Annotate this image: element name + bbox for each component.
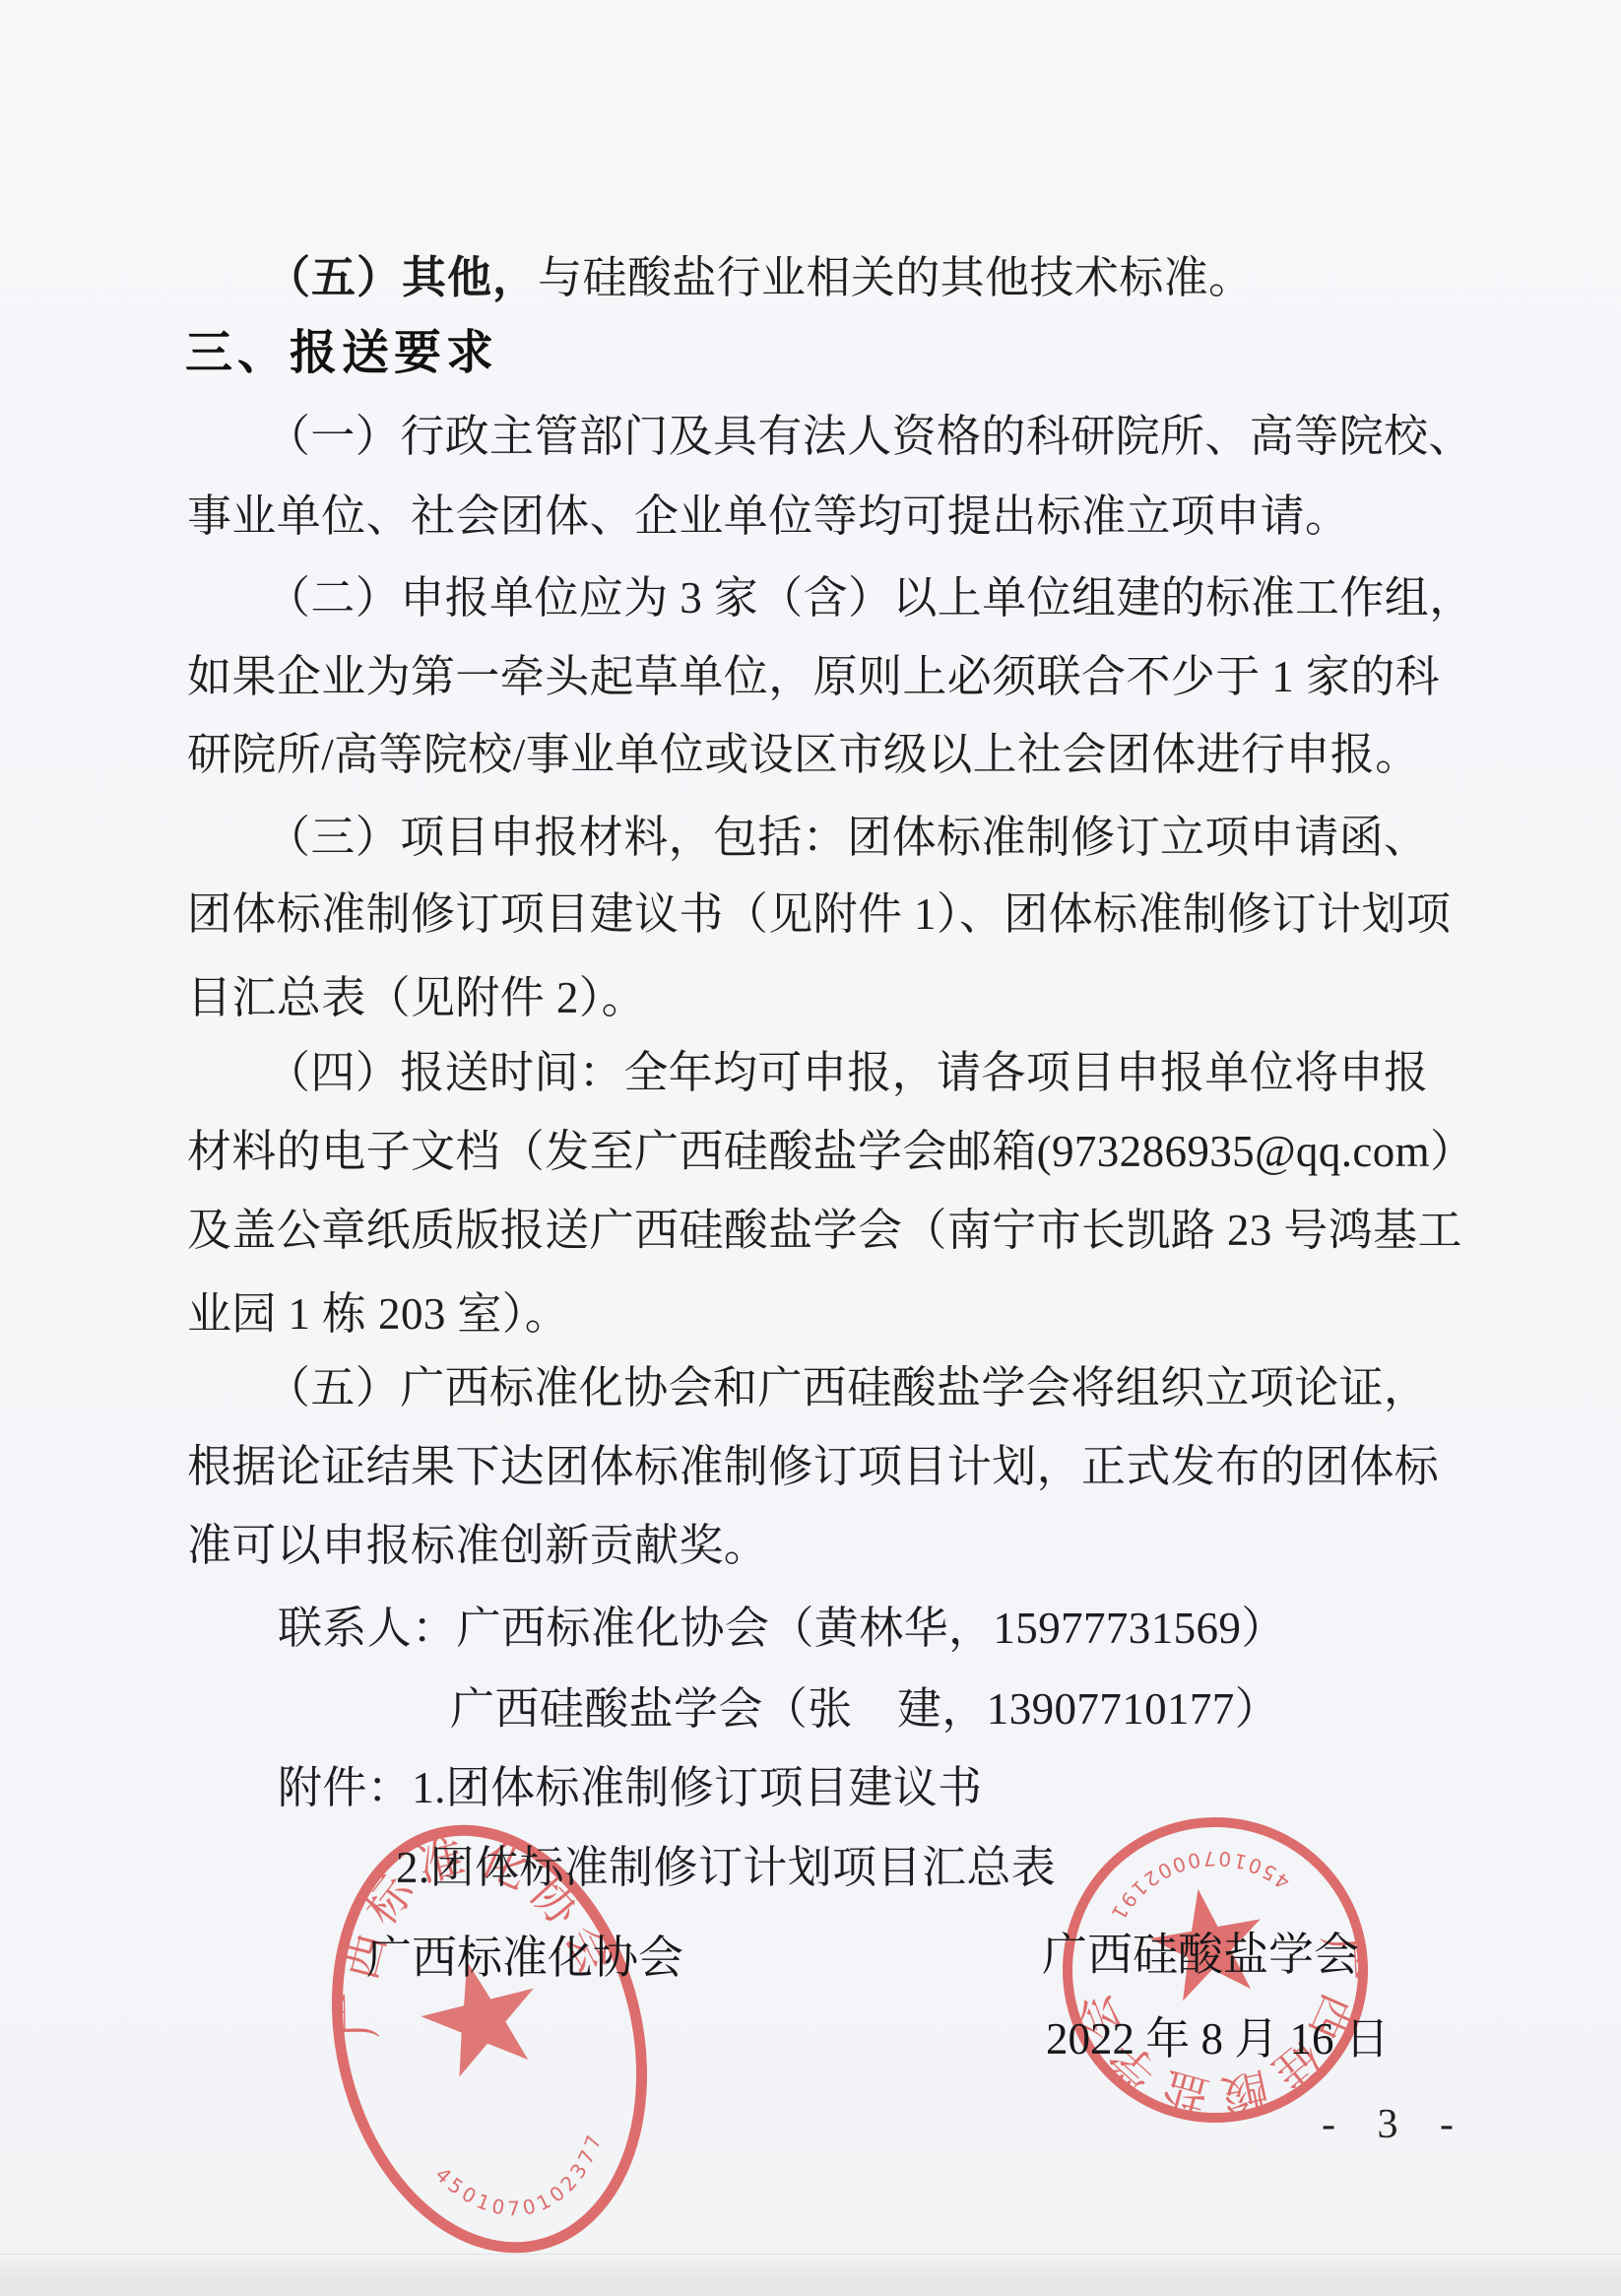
list-item-label: （五）其他， xyxy=(266,251,538,303)
doc-line: 事业单位、社会团体、企业单位等均可提出标准立项申请。 xyxy=(187,493,1349,540)
doc-line: （五）其他，与硅酸盐行业相关的其他技术标准。 xyxy=(187,254,1253,301)
doc-line: 研院所/高等院校/事业单位或设区市级以上社会团体进行申报。 xyxy=(187,732,1420,778)
stamp-serial: 4501070102377 xyxy=(427,2124,622,2240)
scan-edge-shadow xyxy=(0,2251,1621,2296)
doc-line: （一）行政主管部门及具有法人资格的科研院所、高等院校、 xyxy=(187,414,1473,460)
doc-line-text: 与硅酸盐行业相关的其他技术标准。 xyxy=(538,253,1253,302)
doc-line: 业园 1 栋 203 室）。 xyxy=(187,1291,569,1338)
section-heading: 三、报送要求 xyxy=(185,328,498,377)
attachment-line: 2.团体标准制修订计划项目汇总表 xyxy=(396,1845,1056,1891)
contact-line: 广西硅酸盐学会（张 建，13907710177） xyxy=(450,1686,1279,1733)
signature-date: 2022 年 8 月 16 日 xyxy=(1046,2002,1390,2066)
signature-right-org: 广西硅酸盐学会 xyxy=(1042,1919,1359,1984)
doc-line: （二）申报单位应为 3 家（含）以上单位组建的标准工作组， xyxy=(187,575,1474,622)
doc-line: 如果企业为第一牵头起草单位，原则上必须联合不少于 1 家的科 xyxy=(187,654,1440,700)
doc-line: （三）项目申报材料，包括：团体标准制修订立项申请函、 xyxy=(187,815,1428,861)
signature-left-org: 广西标准化协会 xyxy=(366,1922,683,1987)
doc-line: （四）报送时间：全年均可申报，请各项目申报单位将申报 xyxy=(187,1050,1428,1096)
scanned-document-page: 广西标准化协会 4501070102377 广西硅酸盐学会 4501070002… xyxy=(0,0,1621,2296)
doc-line: 目汇总表（见附件 2）。 xyxy=(187,975,646,1021)
doc-line: 根据论证结果下达团体标准制修订项目计划，正式发布的团体标 xyxy=(187,1444,1439,1490)
doc-line: （五）广西标准化协会和广西硅酸盐学会将组织立项论证， xyxy=(187,1365,1428,1411)
doc-line: 及盖公章纸质版报送广西硅酸盐学会（南宁市长凯路 23 号鸿基工 xyxy=(187,1208,1462,1254)
doc-line: 准可以申报标准创新贡献奖。 xyxy=(187,1523,768,1569)
stamp-serial: 4501070002191 xyxy=(1095,1829,1298,1931)
attachment-line: 附件：1.团体标准制修订项目建议书 xyxy=(278,1765,983,1811)
doc-line: 团体标准制修订项目建议书（见附件 1）、团体标准制修订计划项 xyxy=(187,891,1451,938)
contact-line: 联系人：广西标准化协会（黄林华，15977731569） xyxy=(278,1606,1286,1652)
doc-line: 材料的电子文档（发至广西硅酸盐学会邮箱(973286935@qq.com） xyxy=(187,1129,1474,1175)
page-number: - 3 - xyxy=(1322,2101,1469,2148)
